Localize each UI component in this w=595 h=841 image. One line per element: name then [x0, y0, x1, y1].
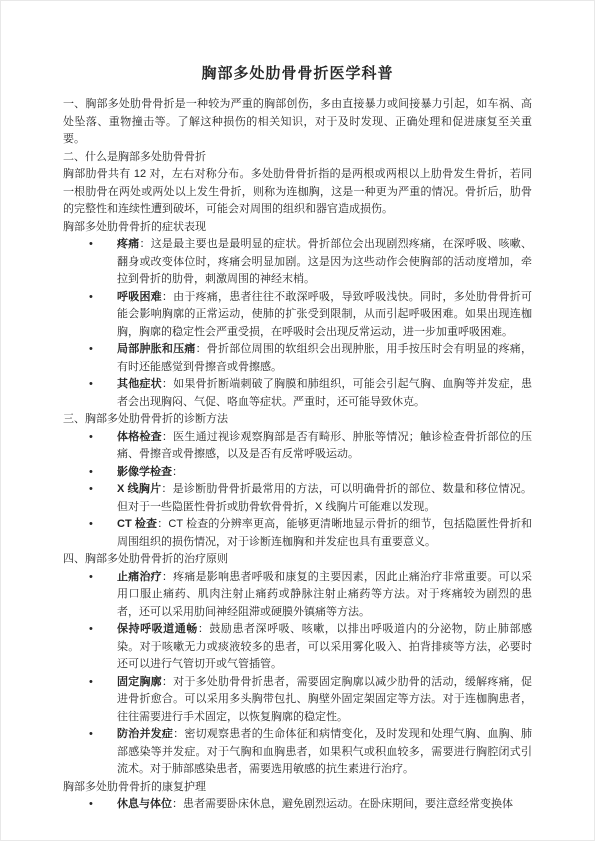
bullet-icon: •	[89, 429, 93, 447]
term-label: 疼痛	[117, 238, 139, 250]
term-separator: ：	[157, 518, 168, 530]
list-item: •X 线胸片：是诊断肋骨骨折最常用的方法，可以明确骨折的部位、数量和移位情况。但…	[117, 481, 532, 516]
paragraph: 胸部肋骨共有 12 对，左右对称分布。多处肋骨骨折指的是两根或两根以上肋骨发生骨…	[63, 166, 532, 219]
term-separator: ：	[198, 623, 210, 635]
bullet-icon: •	[89, 621, 93, 639]
term-label: 呼吸困难	[117, 291, 162, 303]
term-label: 止痛治疗	[117, 571, 162, 583]
paragraph: 胸部多处肋骨骨折的症状表现	[63, 219, 532, 237]
term-separator: ：	[162, 571, 173, 583]
term-label: 局部肿胀和压痛	[117, 343, 196, 355]
item-text: 对于多处肋骨骨折患者，需要固定胸廓以减少肋骨的活动，缓解疼痛，促进骨折愈合。可以…	[117, 676, 532, 723]
paragraph: 四、胸部多处肋骨骨折的治疗原则	[63, 551, 532, 569]
item-text: 是诊断肋骨骨折最常用的方法，可以明确骨折的部位、数量和移位情况。但对于一些隐匿性…	[117, 483, 532, 513]
term-separator: ：	[139, 238, 150, 250]
document-body: 一、胸部多处肋骨骨折是一种较为严重的胸部创伤，多由直接暴力或间接暴力引起，如车祸…	[63, 96, 532, 814]
bullet-icon: •	[89, 376, 93, 394]
bullet-icon: •	[89, 464, 93, 482]
term-label: X 线胸片	[117, 483, 161, 495]
term-separator: ：	[161, 483, 172, 495]
item-text: 患者需要卧床休息，避免剧烈运动。在卧床期间，要注意经常变换体	[183, 798, 513, 810]
bullet-list: •疼痛：这是最主要也是最明显的症状。骨折部位会出现剧烈疼痛，在深呼吸、咳嗽、翻身…	[63, 236, 532, 411]
list-item: •CT 检查：CT 检查的分辨率更高，能够更清晰地显示骨折的细节，包括隐匿性骨折…	[117, 516, 532, 551]
paragraph: 一、胸部多处肋骨骨折是一种较为严重的胸部创伤，多由直接暴力或间接暴力引起，如车祸…	[63, 96, 532, 149]
term-label: 固定胸廓	[117, 676, 162, 688]
term-label: 其他症状	[117, 378, 162, 390]
term-separator: ：	[162, 431, 173, 443]
bullet-icon: •	[89, 569, 93, 587]
document-page: 胸部多处肋骨骨折医学科普 一、胸部多处肋骨骨折是一种较为严重的胸部创伤，多由直接…	[0, 0, 595, 841]
term-label: 体格检查	[117, 431, 162, 443]
term-separator: ：	[162, 378, 173, 390]
item-text: 疼痛是影响患者呼吸和康复的主要因素，因此止痛治疗非常重要。可以采用口服止痛药、肌…	[117, 571, 532, 618]
term-separator: ：	[162, 291, 173, 303]
paragraph: 三、胸部多处肋骨骨折的诊断方法	[63, 411, 532, 429]
term-separator: ：	[173, 728, 184, 740]
bullet-list: •休息与体位：患者需要卧床休息，避免剧烈运动。在卧床期间，要注意经常变换体	[63, 796, 532, 814]
paragraph: 胸部多处肋骨骨折的康复护理	[63, 779, 532, 797]
term-separator: ：	[196, 343, 207, 355]
list-item: •固定胸廓：对于多处肋骨骨折患者，需要固定胸廓以减少肋骨的活动，缓解疼痛，促进骨…	[117, 674, 532, 727]
bullet-icon: •	[89, 236, 93, 254]
term-separator: ：	[172, 466, 183, 478]
document-title: 胸部多处肋骨骨折医学科普	[63, 63, 532, 85]
list-item: •防治并发症：密切观察患者的生命体征和病情变化，及时发现和处理气胸、血胸、肺部感…	[117, 726, 532, 779]
list-item: •体格检查：医生通过视诊观察胸部是否有畸形、肿胀等情况；触诊检查骨折部位的压痛、…	[117, 429, 532, 464]
term-label: 保持呼吸道通畅	[117, 623, 198, 635]
term-separator: ：	[172, 798, 183, 810]
bullet-icon: •	[89, 341, 93, 359]
bullet-icon: •	[89, 481, 93, 499]
list-item: •休息与体位：患者需要卧床休息，避免剧烈运动。在卧床期间，要注意经常变换体	[117, 796, 532, 814]
item-text: 由于疼痛，患者往往不敢深呼吸，导致呼吸浅快。同时，多处肋骨骨折可能会影响胸廓的正…	[117, 291, 532, 338]
list-item: •止痛治疗：疼痛是影响患者呼吸和康复的主要因素，因此止痛治疗非常重要。可以采用口…	[117, 569, 532, 622]
list-item: •呼吸困难：由于疼痛，患者往往不敢深呼吸，导致呼吸浅快。同时，多处肋骨骨折可能会…	[117, 289, 532, 342]
list-item: •局部肿胀和压痛：骨折部位周围的软组织会出现肿胀，用手按压时会有明显的疼痛，有时…	[117, 341, 532, 376]
bullet-list: •体格检查：医生通过视诊观察胸部是否有畸形、肿胀等情况；触诊检查骨折部位的压痛、…	[63, 429, 532, 552]
list-item: •保持呼吸道通畅：鼓励患者深呼吸、咳嗽，以排出呼吸道内的分泌物，防止肺部感染。对…	[117, 621, 532, 674]
item-text: 如果骨折断端刺破了胸膜和肺组织，可能会引起气胸、血胸等并发症，患者会出现胸闷、气…	[117, 378, 532, 408]
bullet-icon: •	[89, 796, 93, 814]
bullet-icon: •	[89, 726, 93, 744]
term-label: 防治并发症	[117, 728, 173, 740]
term-label: 影像学检查	[117, 466, 172, 478]
item-text: 这是最主要也是最明显的症状。骨折部位会出现剧烈疼痛，在深呼吸、咳嗽、翻身或改变体…	[117, 238, 532, 285]
paragraph: 二、什么是胸部多处肋骨骨折	[63, 149, 532, 167]
item-text: CT 检查的分辨率更高，能够更清晰地显示骨折的细节，包括隐匿性骨折和周围组织的损…	[117, 518, 532, 548]
bullet-icon: •	[89, 674, 93, 692]
term-separator: ：	[162, 676, 173, 688]
list-item: •其他症状：如果骨折断端刺破了胸膜和肺组织，可能会引起气胸、血胸等并发症，患者会…	[117, 376, 532, 411]
item-text: 医生通过视诊观察胸部是否有畸形、肿胀等情况；触诊检查骨折部位的压痛、骨擦音或骨擦…	[117, 431, 532, 461]
bullet-list: •止痛治疗：疼痛是影响患者呼吸和康复的主要因素，因此止痛治疗非常重要。可以采用口…	[63, 569, 532, 779]
bullet-icon: •	[89, 516, 93, 534]
term-label: CT 检查	[117, 518, 157, 530]
term-label: 休息与体位	[117, 798, 172, 810]
list-item: •疼痛：这是最主要也是最明显的症状。骨折部位会出现剧烈疼痛，在深呼吸、咳嗽、翻身…	[117, 236, 532, 289]
list-item: •影像学检查：	[117, 464, 532, 482]
bullet-icon: •	[89, 289, 93, 307]
